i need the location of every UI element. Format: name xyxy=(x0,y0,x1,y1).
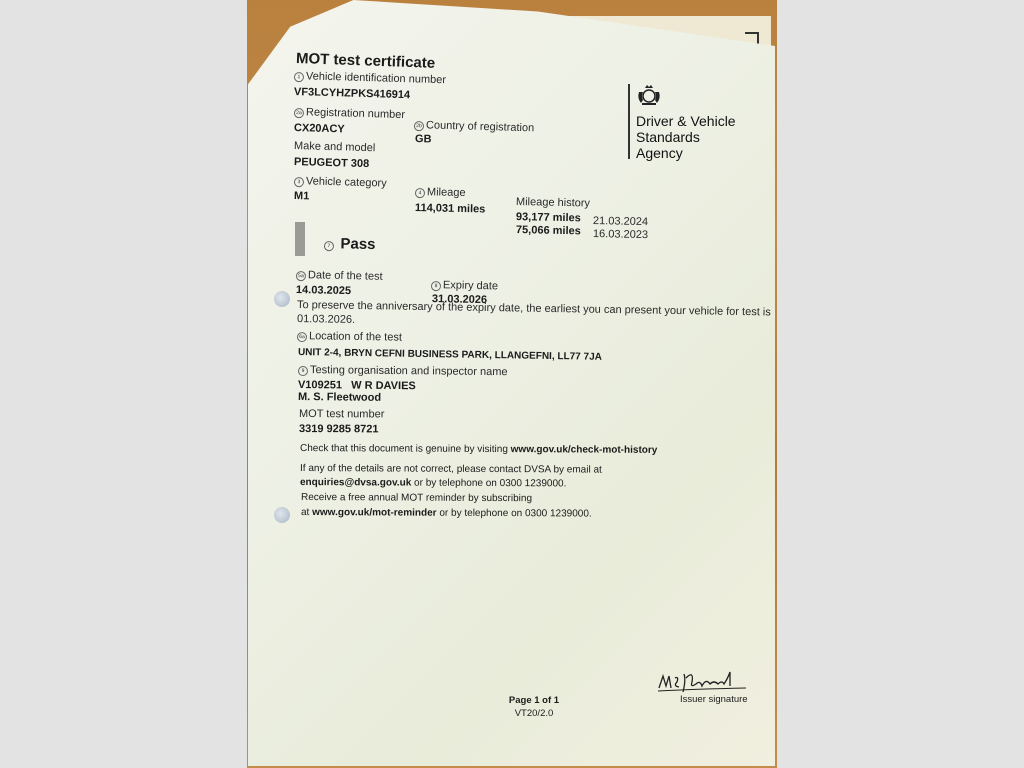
registration-label: 2aRegistration number xyxy=(294,106,405,121)
royal-coat-of-arms-icon xyxy=(636,84,662,106)
punch-hole xyxy=(274,507,290,523)
category-value: M1 xyxy=(294,190,310,202)
agency-name-line-3: Agency xyxy=(636,145,736,161)
dvsa-email-link[interactable]: enquiries@dvsa.gov.uk xyxy=(300,477,411,489)
registration-value: CX20ACY xyxy=(294,122,345,135)
country-label: 2bCountry of registration xyxy=(414,119,535,134)
mileage-history-miles-1: 93,177 miles xyxy=(516,211,581,224)
expiry-date-label: 8Expiry date xyxy=(431,279,498,292)
test-date-value: 14.03.2025 xyxy=(296,284,351,297)
vin-label: 1Vehicle identification number xyxy=(294,70,446,86)
testing-org-label: 9Testing organisation and inspector name xyxy=(298,364,508,378)
check-mot-history-link[interactable]: www.gov.uk/check-mot-history xyxy=(511,444,658,456)
test-result: 7 Pass xyxy=(324,235,376,254)
mileage-history-date-1: 21.03.2024 xyxy=(593,215,648,228)
contact-note-line-1: If any of the details are not correct, p… xyxy=(300,463,602,476)
inspector-name: M. S. Fleetwood xyxy=(298,391,381,404)
contact-note-line-2: enquiries@dvsa.gov.uk or by telephone on… xyxy=(300,477,566,489)
form-code: VT20/2.0 xyxy=(502,708,566,719)
preserve-anniversary-note: To preserve the anniversary of the expir… xyxy=(297,299,771,318)
agency-name-line-1: Driver & Vehicle xyxy=(636,113,736,129)
make-model-value: PEUGEOT 308 xyxy=(294,156,370,170)
test-date-label: 5aDate of the test xyxy=(296,269,383,283)
reminder-note-line-2: at www.gov.uk/mot-reminder or by telepho… xyxy=(301,507,592,520)
category-label: 3Vehicle category xyxy=(294,175,387,190)
document-title: MOT test certificate xyxy=(296,50,436,72)
issuer-signature-label: Issuer signature xyxy=(680,694,748,705)
location-value: UNIT 2-4, BRYN CEFNI BUSINESS PARK, LLAN… xyxy=(298,347,602,363)
mileage-value: 114,031 miles xyxy=(415,202,486,215)
reminder-note-line-1: Receive a free annual MOT reminder by su… xyxy=(301,492,532,504)
dvsa-logo: Driver & Vehicle Standards Agency xyxy=(628,84,736,159)
result-marker-bar xyxy=(295,222,305,256)
punch-hole xyxy=(274,291,290,307)
agency-name-line-2: Standards xyxy=(636,129,736,145)
mileage-history-label: Mileage history xyxy=(516,196,590,210)
mot-reminder-link[interactable]: www.gov.uk/mot-reminder xyxy=(312,507,437,519)
result-value: Pass xyxy=(340,235,375,253)
mileage-history-miles-2: 75,066 miles xyxy=(516,224,581,237)
make-model-label: Make and model xyxy=(294,140,376,154)
mot-certificate: MOT test certificate 1Vehicle identifica… xyxy=(0,0,1024,768)
vin-value: VF3LCYHZPKS416914 xyxy=(294,86,410,101)
earliest-test-date: 01.03.2026. xyxy=(297,313,355,326)
issuer-signature-scrawl xyxy=(656,668,748,696)
mileage-history-date-2: 16.03.2023 xyxy=(593,228,648,241)
location-label: 6aLocation of the test xyxy=(297,330,402,344)
test-number-value: 3319 9285 8721 xyxy=(299,423,379,435)
mileage-label: 4Mileage xyxy=(415,186,466,199)
check-genuine-note: Check that this document is genuine by v… xyxy=(300,443,657,456)
country-value: GB xyxy=(415,133,432,145)
page-number: Page 1 of 1 xyxy=(502,695,566,706)
test-number-label: MOT test number xyxy=(299,408,384,420)
